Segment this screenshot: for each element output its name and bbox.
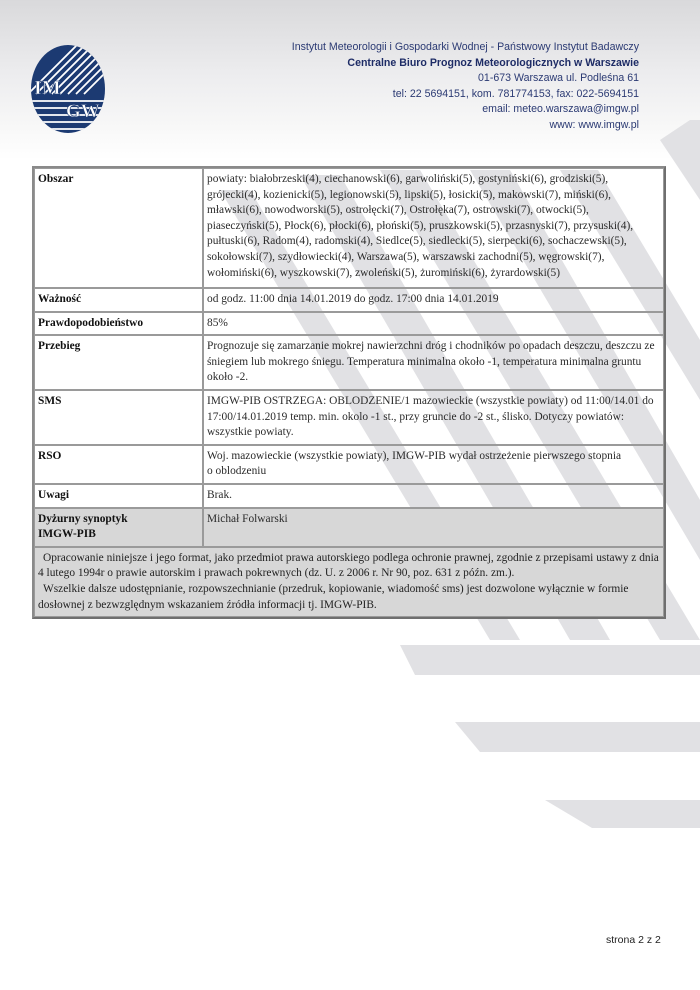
- copyright-paragraph-2: Wszelkie dalsze udostępnianie, rozpowsze…: [38, 582, 660, 613]
- synoptyk-label-line-2: IMGW-PIB: [38, 527, 199, 543]
- value-przebieg: Prognozuje się zamarzanie mokrej nawierz…: [203, 335, 664, 390]
- label-uwagi: Uwagi: [34, 484, 203, 508]
- office-name: Centralne Biuro Prognoz Meteorologicznyc…: [292, 56, 639, 72]
- value-obszar: powiaty: białobrzeski(4), ciechanowski(6…: [203, 168, 664, 288]
- row-prawdopodobienstwo: Prawdopodobieństwo 85%: [34, 312, 664, 336]
- value-synoptyk: Michał Folwarski: [203, 508, 664, 547]
- label-sms: SMS: [34, 390, 203, 445]
- email-link[interactable]: email: meteo.warszawa@imgw.pl: [292, 102, 639, 118]
- label-rso: RSO: [34, 445, 203, 484]
- row-footnote: Opracowanie niniejsze i jego format, jak…: [34, 547, 664, 617]
- label-przebieg: Przebieg: [34, 335, 203, 390]
- institute-header: Instytut Meteorologii i Gospodarki Wodne…: [292, 40, 639, 134]
- page-number: strona 2 z 2: [606, 934, 661, 946]
- svg-text:IM: IM: [34, 77, 61, 99]
- row-sms: SMS IMGW-PIB OSTRZEGA: OBLODZENIE/1 mazo…: [34, 390, 664, 445]
- row-obszar: Obszar powiaty: białobrzeski(4), ciechan…: [34, 168, 664, 288]
- row-uwagi: Uwagi Brak.: [34, 484, 664, 508]
- value-rso: Woj. mazowieckie (wszystkie powiaty), IM…: [203, 445, 664, 484]
- svg-text:GW: GW: [66, 101, 100, 122]
- value-waznosc: od godz. 11:00 dnia 14.01.2019 do godz. …: [203, 288, 664, 312]
- value-uwagi: Brak.: [203, 484, 664, 508]
- synoptyk-label-line-1: Dyżurny synoptyk: [38, 512, 199, 528]
- copyright-footnote: Opracowanie niniejsze i jego format, jak…: [34, 547, 664, 617]
- value-sms: IMGW-PIB OSTRZEGA: OBLODZENIE/1 mazowiec…: [203, 390, 664, 445]
- warning-table: Obszar powiaty: białobrzeski(4), ciechan…: [32, 166, 666, 619]
- imgw-logo: IM GW: [30, 44, 106, 134]
- rso-line-2: o oblodzeniu: [207, 464, 660, 480]
- label-obszar: Obszar: [34, 168, 203, 288]
- label-waznosc: Ważność: [34, 288, 203, 312]
- rso-line-1: Woj. mazowieckie (wszystkie powiaty), IM…: [207, 449, 660, 465]
- value-prawdopodobienstwo: 85%: [203, 312, 664, 336]
- institute-name: Instytut Meteorologii i Gospodarki Wodne…: [292, 40, 639, 56]
- row-rso: RSO Woj. mazowieckie (wszystkie powiaty)…: [34, 445, 664, 484]
- row-waznosc: Ważność od godz. 11:00 dnia 14.01.2019 d…: [34, 288, 664, 312]
- label-prawdopodobienstwo: Prawdopodobieństwo: [34, 312, 203, 336]
- row-przebieg: Przebieg Prognozuje się zamarzanie mokre…: [34, 335, 664, 390]
- imgw-logo-icon: IM GW: [30, 44, 106, 134]
- row-synoptyk: Dyżurny synoptyk IMGW-PIB Michał Folwars…: [34, 508, 664, 547]
- label-synoptyk: Dyżurny synoptyk IMGW-PIB: [34, 508, 203, 547]
- address: 01-673 Warszawa ul. Podleśna 61: [292, 71, 639, 87]
- phone: tel: 22 5694151, kom. 781774153, fax: 02…: [292, 87, 639, 103]
- copyright-paragraph-1: Opracowanie niniejsze i jego format, jak…: [38, 551, 660, 582]
- website-link[interactable]: www: www.imgw.pl: [292, 118, 639, 134]
